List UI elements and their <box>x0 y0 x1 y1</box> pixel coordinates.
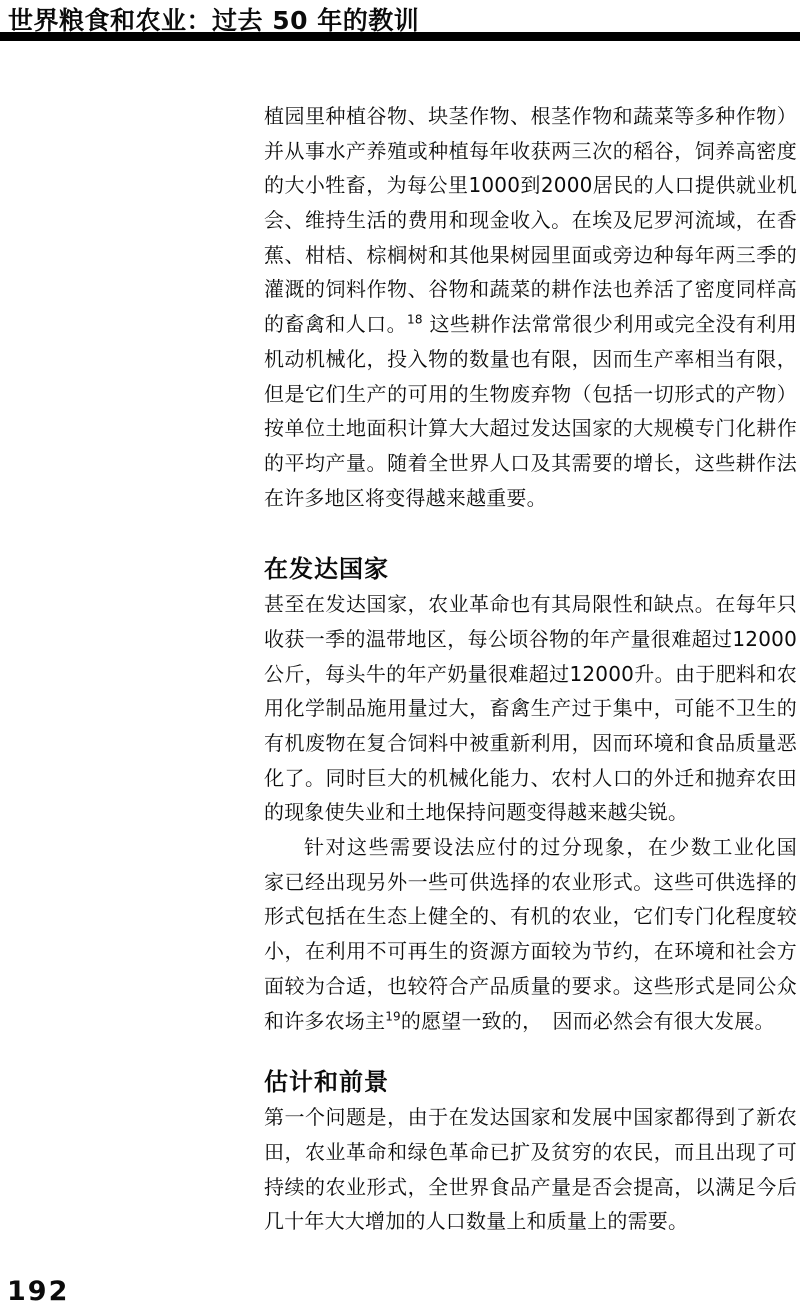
text-line: 但是它们生产的可用的生物废弃物（包括一切形式的产物） <box>264 377 797 412</box>
header-divider-rule <box>0 32 800 41</box>
text-line: 在许多地区将变得越来越重要。 <box>264 481 797 516</box>
text-line: 第一个问题是，由于在发达国家和发展中国家都得到了新农 <box>264 1100 797 1135</box>
text-line: 会、维持生活的费用和现金收入。在埃及尼罗河流域，在香 <box>264 203 797 238</box>
paragraph-4: 第一个问题是，由于在发达国家和发展中国家都得到了新农 田，农业革命和绿色革命已扩… <box>264 1100 797 1239</box>
text-line: 按单位土地面积计算大大超过发达国家的大规模专门化耕作 <box>264 411 797 446</box>
text-segment: 的畜禽和人口。 <box>264 312 407 336</box>
text-line-with-footnote: 和许多农场主19的愿望一致的， 因而必然会有很大发展。 <box>264 1004 797 1039</box>
footnote-ref-18: 18 <box>407 312 423 326</box>
paragraph-3: 针对这些需要设法应付的过分现象，在少数工业化国 家已经出现另外一些可供选择的农业… <box>264 830 797 1038</box>
text-line-with-footnote: 的畜禽和人口。18 这些耕作法常常很少利用或完全没有利用 <box>264 307 797 342</box>
text-line: 收获一季的温带地区，每公顷谷物的年产量很难超过12000 <box>264 622 797 657</box>
text-line: 甚至在发达国家，农业革命也有其局限性和缺点。在每年只 <box>264 587 797 622</box>
text-line: 形式包括在生态上健全的、有机的农业，它们专门化程度较 <box>264 899 797 934</box>
text-segment: 和许多农场主 <box>264 1009 385 1033</box>
text-column: 植园里种植谷物、块茎作物、根茎作物和蔬菜等多种作物） 并从事水产养殖或种植每年收… <box>264 99 797 1239</box>
page-number: 192 <box>7 1276 69 1307</box>
text-line: 田，农业革命和绿色革命已扩及贫穷的农民，而且出现了可 <box>264 1135 797 1170</box>
text-line: 机动机械化，投入物的数量也有限，因而生产率相当有限， <box>264 342 797 377</box>
text-segment: 的愿望一致的， 因而必然会有很大发展。 <box>401 1009 775 1033</box>
text-line: 针对这些需要设法应付的过分现象，在少数工业化国 <box>264 830 797 865</box>
text-line: 小，在利用不可再生的资源方面较为节约，在环境和社会方 <box>264 934 797 969</box>
text-line: 蕉、柑桔、棕榈树和其他果树园里面或旁边种每年两三季的 <box>264 238 797 273</box>
paragraph-1: 植园里种植谷物、块茎作物、根茎作物和蔬菜等多种作物） 并从事水产养殖或种植每年收… <box>264 99 797 515</box>
text-line: 的平均产量。随着全世界人口及其需要的增长，这些耕作法 <box>264 446 797 481</box>
paragraph-2: 甚至在发达国家，农业革命也有其局限性和缺点。在每年只 收获一季的温带地区，每公顷… <box>264 587 797 830</box>
text-line: 的大小牲畜，为每公里1000到2000居民的人口提供就业机 <box>264 168 797 203</box>
section-heading-estimates-prospects: 估计和前景 <box>264 1064 797 1100</box>
footnote-ref-19: 19 <box>385 1009 401 1023</box>
text-line: 公斤，每头牛的年产奶量很难超过12000升。由于肥料和农 <box>264 657 797 692</box>
text-segment: 这些耕作法常常很少利用或完全没有利用 <box>423 312 797 336</box>
text-line: 家已经出现另外一些可供选择的农业形式。这些可供选择的 <box>264 865 797 900</box>
text-line: 几十年大大增加的人口数量上和质量上的需要。 <box>264 1204 797 1239</box>
text-line: 化了。同时巨大的机械化能力、农村人口的外迁和抛弃农田 <box>264 761 797 796</box>
text-line: 的现象使失业和土地保持问题变得越来越尖锐。 <box>264 795 797 830</box>
text-line: 植园里种植谷物、块茎作物、根茎作物和蔬菜等多种作物） <box>264 99 797 134</box>
text-line: 持续的农业形式，全世界食品产量是否会提高，以满足今后 <box>264 1170 797 1205</box>
text-line: 有机废物在复合饲料中被重新利用，因而环境和食品质量恶 <box>264 726 797 761</box>
text-line: 灌溉的饲料作物、谷物和蔬菜的耕作法也养活了密度同样高 <box>264 272 797 307</box>
text-line: 面较为合适，也较符合产品质量的要求。这些形式是同公众 <box>264 969 797 1004</box>
section-heading-developed-countries: 在发达国家 <box>264 551 797 587</box>
text-line: 并从事水产养殖或种植每年收获两三次的稻谷，饲养高密度 <box>264 134 797 169</box>
text-line: 用化学制品施用量过大，畜禽生产过于集中，可能不卫生的 <box>264 691 797 726</box>
